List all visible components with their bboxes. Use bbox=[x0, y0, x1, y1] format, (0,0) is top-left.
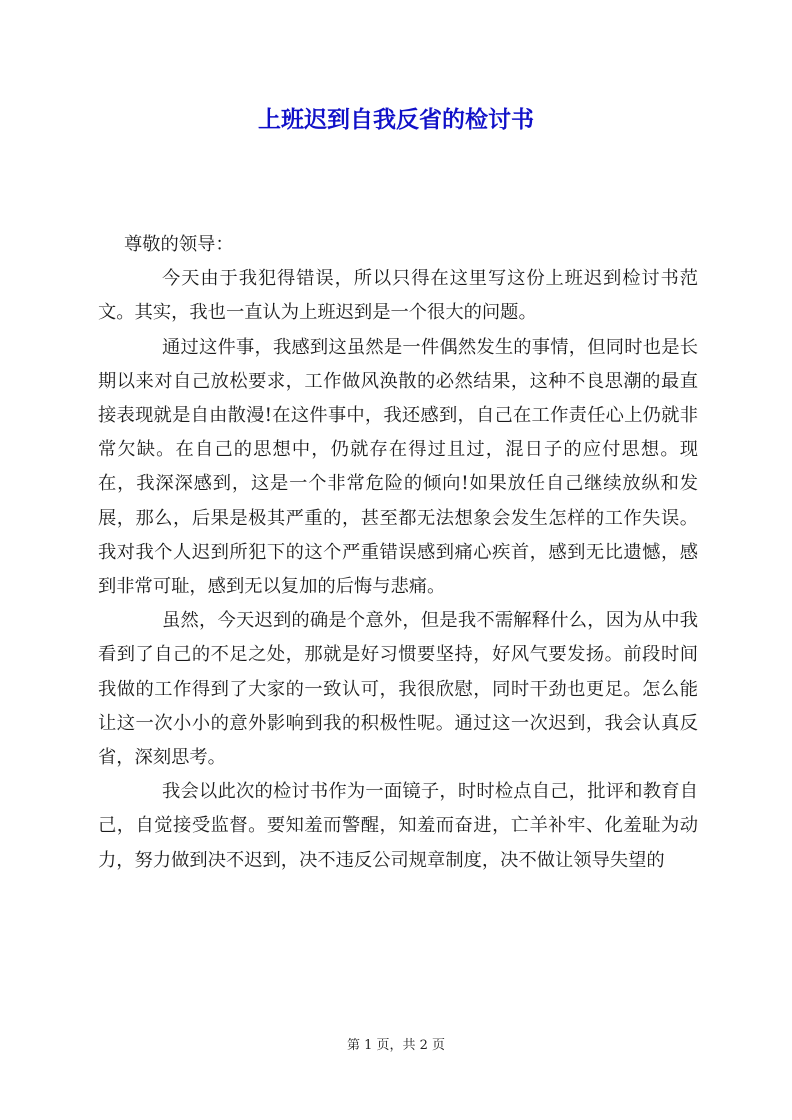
paragraph: 今天由于我犯得错误，所以只得在这里写这份上班迟到检讨书范文。其实，我也一直认为上… bbox=[98, 262, 698, 330]
document-title: 上班迟到自我反省的检讨书 bbox=[0, 102, 792, 138]
document-body: 尊敬的领导： 今天由于我犯得错误，所以只得在这里写这份上班迟到检讨书范文。其实，… bbox=[98, 228, 698, 878]
document-page: 上班迟到自我反省的检讨书 尊敬的领导： 今天由于我犯得错误，所以只得在这里写这份… bbox=[0, 0, 792, 1120]
paragraph: 我会以此次的检讨书作为一面镜子，时时检点自己，批评和教育自己，自觉接受监督。要知… bbox=[98, 775, 698, 878]
page-indicator: 第 1 页，共 2 页 bbox=[0, 1034, 792, 1053]
paragraph: 通过这件事，我感到这虽然是一件偶然发生的事情，但同时也是长期以来对自己放松要求，… bbox=[98, 331, 698, 605]
greeting-line: 尊敬的领导： bbox=[98, 228, 698, 262]
paragraph: 虽然，今天迟到的确是个意外，但是我不需解释什么，因为从中我看到了自己的不足之处，… bbox=[98, 604, 698, 775]
